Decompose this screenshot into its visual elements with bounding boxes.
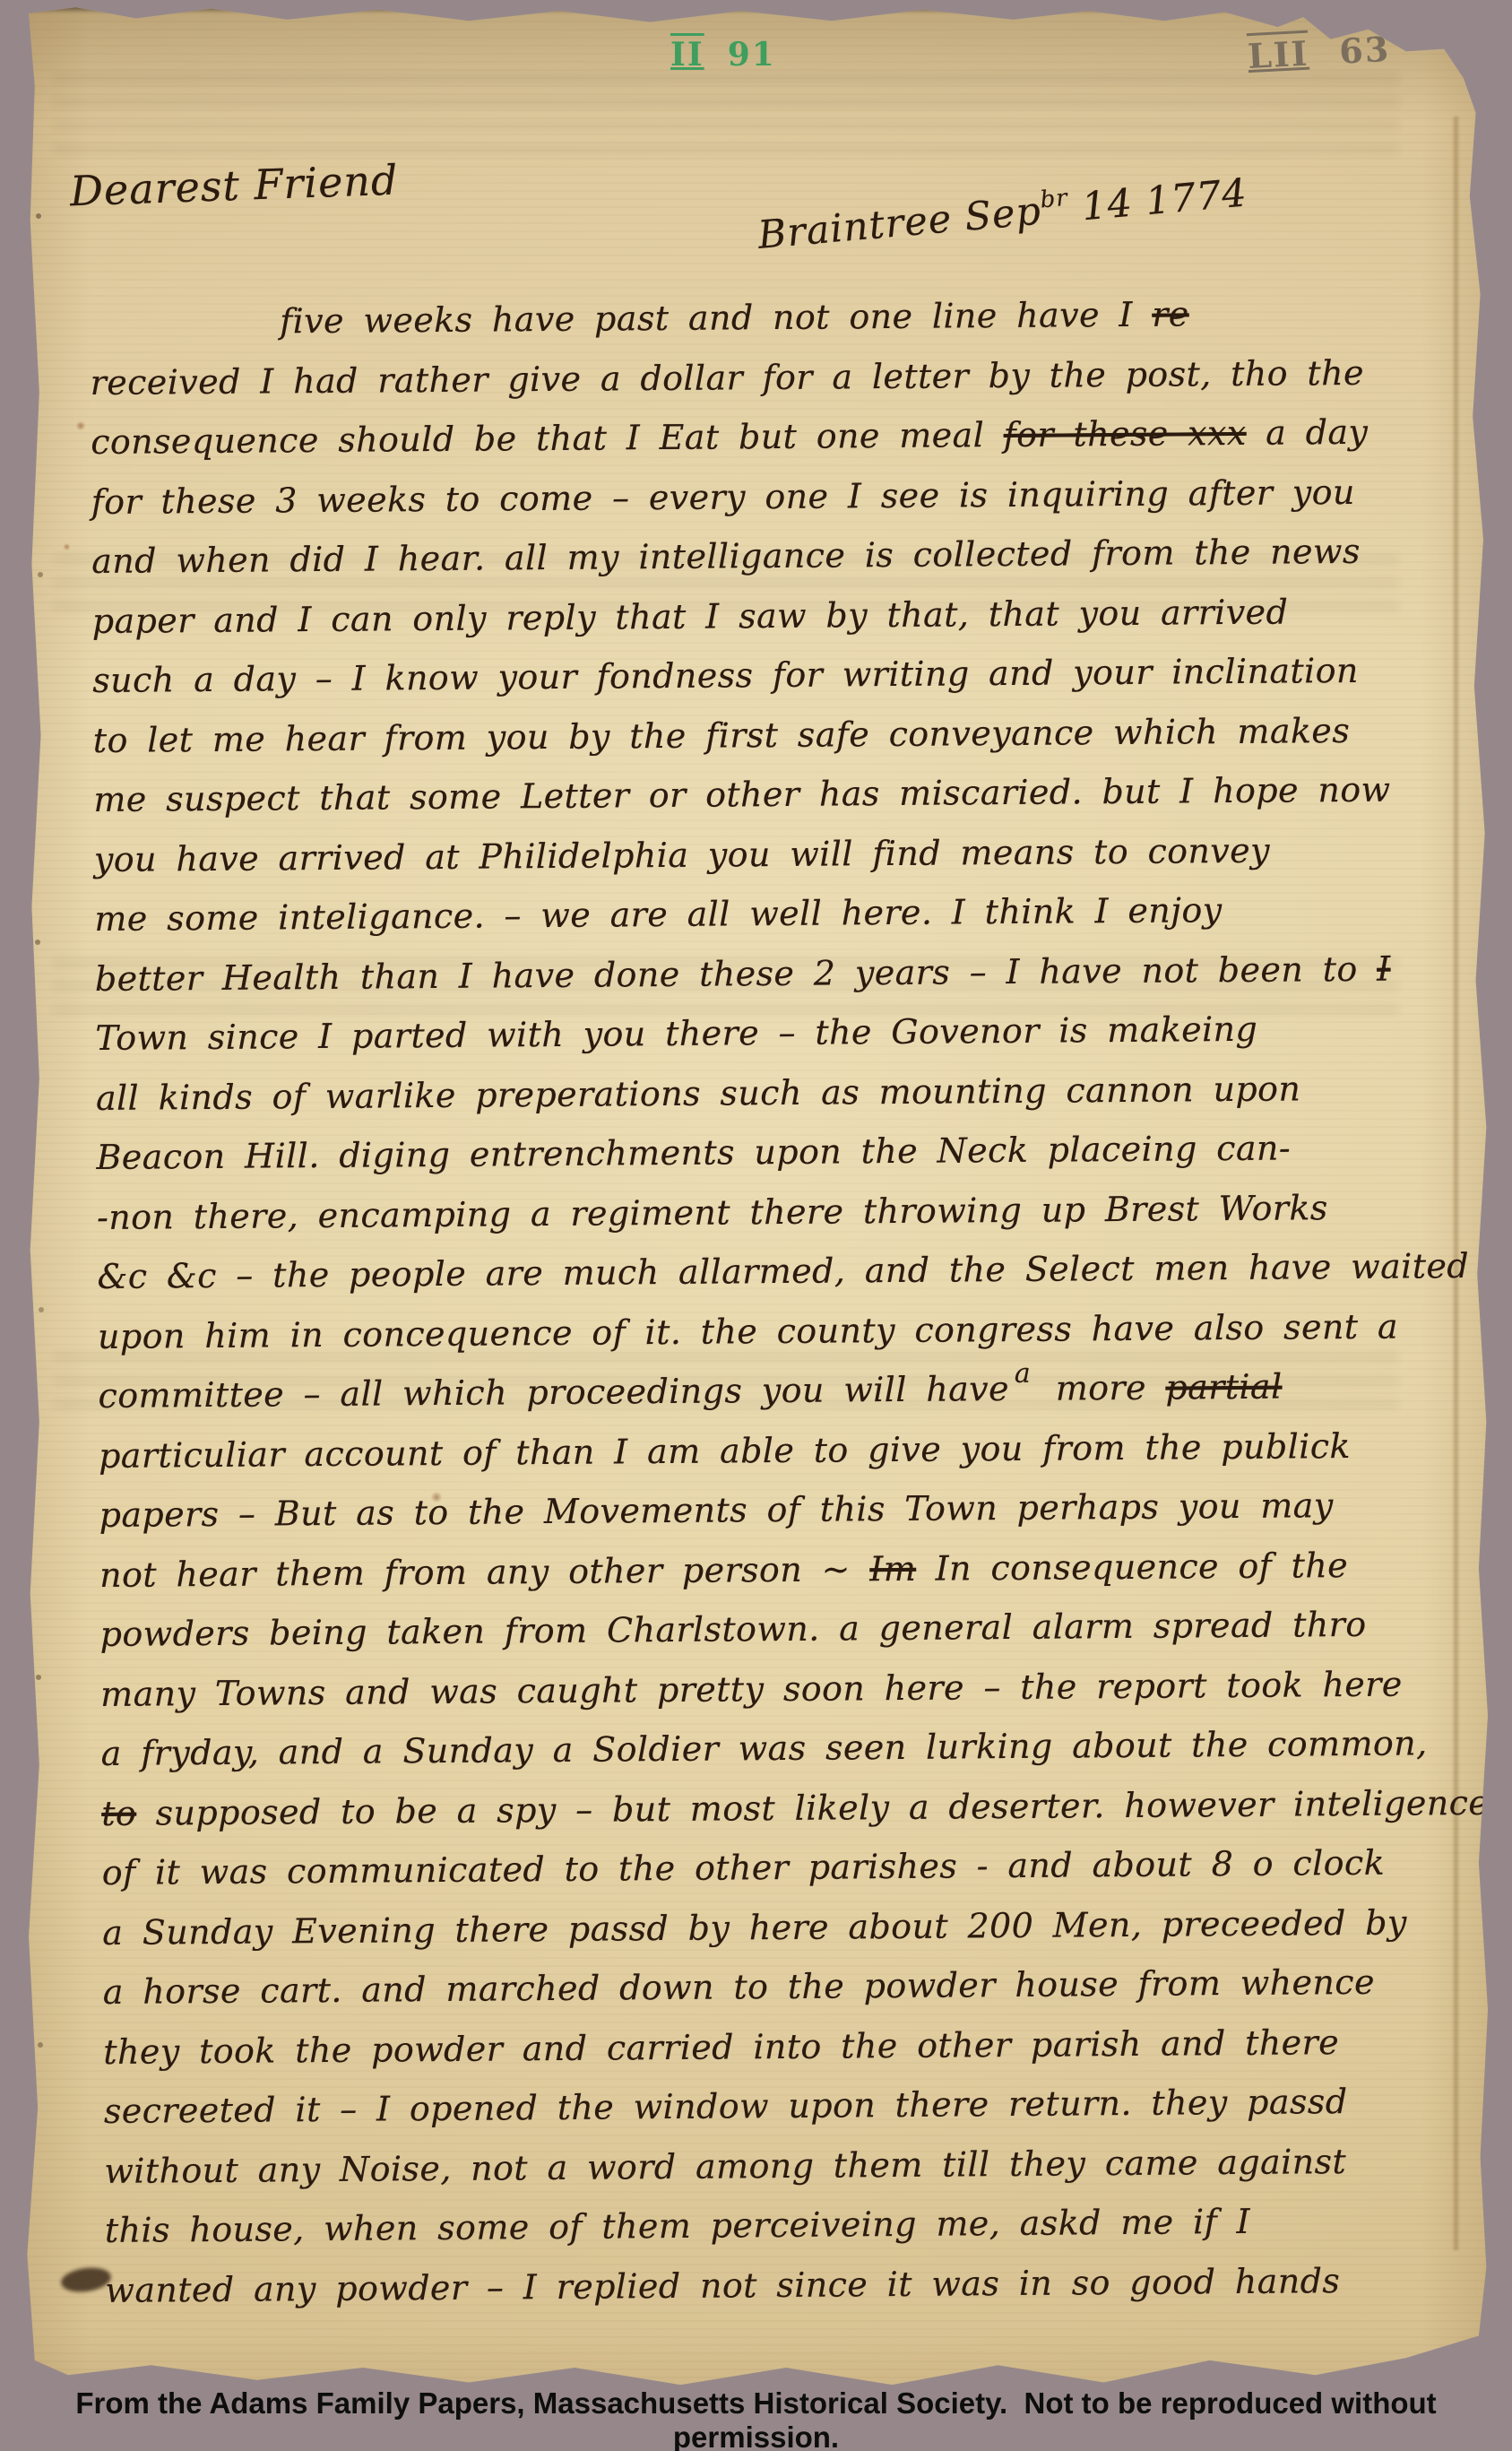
green-annotation-number: 91	[728, 36, 776, 74]
manuscript-line: -non there, encamping a regiment there t…	[97, 1187, 1455, 1257]
line-text: more	[1036, 1368, 1165, 1408]
manuscript-line: Beacon Hill. diging entrenchments upon t…	[96, 1127, 1454, 1197]
line-text: me some inteligance. – we are all well h…	[94, 890, 1222, 939]
line-text: a day	[1246, 412, 1368, 453]
dateline-month: Sep	[963, 189, 1042, 240]
letter-lines: five weeks have past and not one line ha…	[90, 292, 1464, 2330]
struck-text: to	[101, 1793, 136, 1832]
dateline-place: Braintree	[756, 196, 955, 258]
line-text: -non there, encamping a regiment there t…	[97, 1188, 1328, 1237]
struck-text: partial	[1165, 1367, 1283, 1407]
line-text: Beacon Hill. diging entrenchments upon t…	[96, 1129, 1291, 1177]
pencil-annotation-number: 63	[1338, 29, 1391, 72]
line-text: paper and I can only reply that I saw by…	[92, 592, 1289, 640]
manuscript-line: they took the powder and carried into th…	[103, 2022, 1461, 2092]
pencil-annotation-roman: LII	[1247, 33, 1310, 77]
manuscript-line: wanted any powder – I replied not since …	[105, 2260, 1463, 2330]
struck-text: for these xxx	[1003, 413, 1246, 455]
manuscript-line: such a day – I know your fondness for wr…	[92, 650, 1450, 720]
inserted-text: a	[1015, 1358, 1032, 1390]
manuscript-line: a horse cart. and marched down to the po…	[103, 1962, 1461, 2031]
line-text: five weeks have past and not one line ha…	[280, 295, 1152, 342]
manuscript-line: &c &c – the people are much allarmed, an…	[97, 1246, 1455, 1316]
line-text: consequence should be that I Eat but one…	[91, 415, 1004, 462]
manuscript-line: consequence should be that I Eat but one…	[91, 411, 1448, 481]
manuscript-line: paper and I can only reply that I saw by…	[92, 591, 1450, 661]
dateline-day-year: 14 1774	[1080, 170, 1248, 230]
pencil-catalog-annotation: LII63	[1247, 29, 1391, 76]
manuscript-line: particuliar account of than I am able to…	[99, 1425, 1456, 1495]
line-text: not hear them from any other person ~	[99, 1549, 870, 1595]
ink-bleed-through	[54, 72, 1398, 152]
line-text: Town since I parted with you there – the…	[95, 1009, 1257, 1058]
manuscript-line: to let me hear from you by the first saf…	[93, 710, 1451, 780]
line-text: you have arrived at Philidelphia you wil…	[94, 830, 1270, 879]
manuscript-line: secreeted it – I opened the window upon …	[104, 2081, 1462, 2151]
line-text: papers – But as to the Movements of this…	[99, 1485, 1333, 1535]
manuscript-line: five weeks have past and not one line ha…	[280, 292, 1447, 361]
line-text: In consequence of the	[916, 1546, 1348, 1589]
paper-stain	[75, 421, 86, 430]
manuscript-line: without any Noise, not a word among them…	[104, 2141, 1462, 2211]
manuscript-line: not hear them from any other person ~ Im…	[99, 1545, 1457, 1615]
line-text: all kinds of warlike preperations such a…	[96, 1069, 1301, 1118]
struck-text: re	[1152, 294, 1189, 333]
manuscript-line: received I had rather give a dollar for …	[91, 352, 1448, 422]
manuscript-line: this house, when some of them perceivein…	[105, 2200, 1463, 2270]
manuscript-line: and when did I hear. all my intelligance…	[91, 531, 1449, 601]
binding-holes	[36, 213, 41, 219]
green-annotation-roman: II	[670, 36, 704, 74]
manuscript-line: for these 3 weeks to come – every one I …	[91, 472, 1449, 541]
manuscript-line: me some inteligance. – we are all well h…	[94, 888, 1452, 958]
manuscript-line: a fryday, and a Sunday a Soldier was see…	[101, 1723, 1459, 1793]
struck-text: Im	[869, 1548, 916, 1588]
green-catalog-annotation: II91	[670, 36, 776, 74]
line-text: committee – all which proceedings you wi…	[98, 1369, 1009, 1416]
manuscript-line: a Sunday Evening there passd by here abo…	[102, 1902, 1460, 1972]
dateline-superscript: br	[1039, 185, 1069, 214]
manuscript-line: Town since I parted with you there – the…	[95, 1008, 1453, 1078]
manuscript-line: all kinds of warlike preperations such a…	[96, 1068, 1454, 1138]
manuscript-paper: II91 LII63 Dearest Friend Braintree Sepb…	[0, 0, 1512, 2451]
manuscript-line: papers – But as to the Movements of this…	[99, 1485, 1456, 1555]
manuscript-line: powders being taken from Charlstown. a g…	[99, 1604, 1457, 1674]
manuscript-line: you have arrived at Philidelphia you wil…	[94, 829, 1452, 899]
line-text: wanted any powder – I replied not since …	[105, 2261, 1340, 2310]
line-text: this house, when some of them perceivein…	[105, 2202, 1250, 2250]
manuscript-line: better Health than I have done these 2 y…	[95, 948, 1453, 1018]
torn-top-edge	[30, 0, 1292, 13]
manuscript-line: many Towns and was caught pretty soon he…	[100, 1664, 1458, 1734]
struck-text: I	[1377, 948, 1391, 988]
manuscript-line: upon him in concequence of it. the count…	[98, 1306, 1456, 1376]
line-text: they took the powder and carried into th…	[103, 2022, 1339, 2072]
manuscript-line: to supposed to be a spy – but most likel…	[101, 1783, 1459, 1853]
manuscript-line: committee – all which proceedings you wi…	[98, 1365, 1456, 1435]
manuscript-line: me suspect that some Letter or other has…	[93, 769, 1451, 839]
letter-salutation: Dearest Friend	[69, 156, 399, 216]
repository-caption: From the Adams Family Papers, Massachuse…	[0, 2386, 1512, 2451]
letter-dateline: Braintree Sepbr 14 1774	[756, 169, 1248, 258]
manuscript-line: of it was communicated to the other pari…	[102, 1842, 1460, 1912]
